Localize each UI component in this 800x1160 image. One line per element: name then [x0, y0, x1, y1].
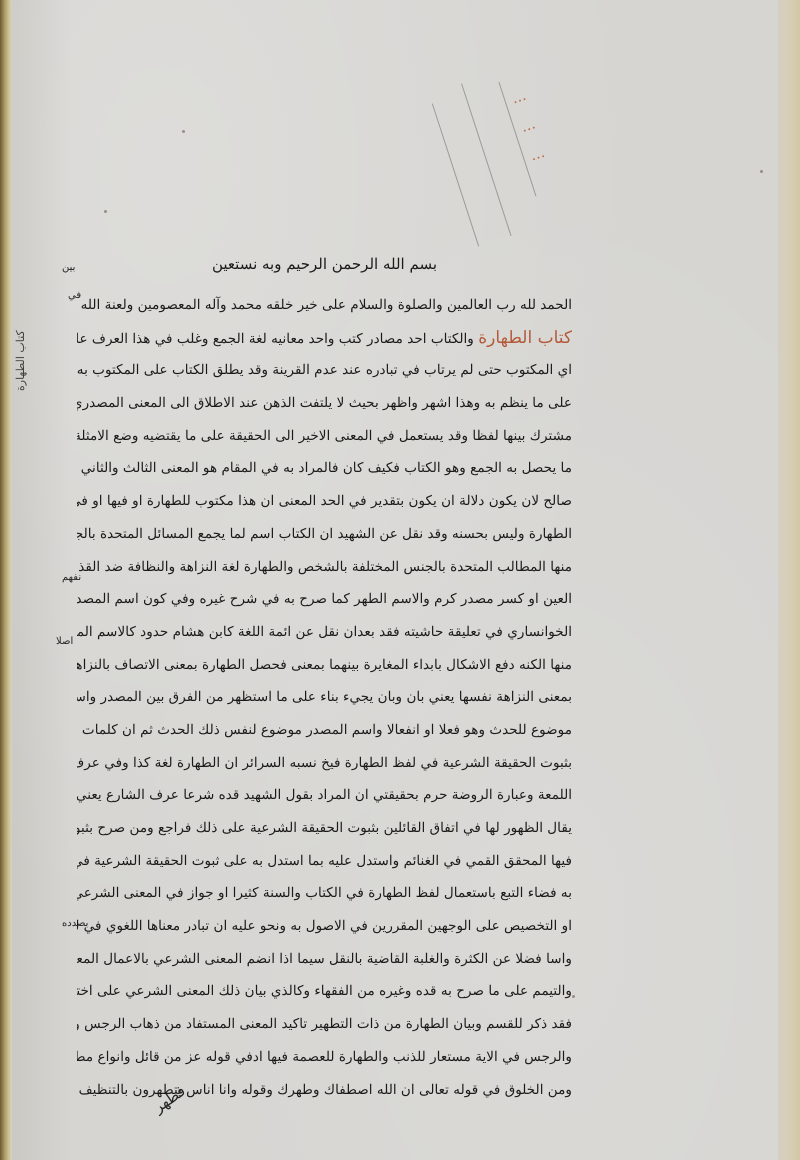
- interlinear-gloss: نفهم: [62, 572, 81, 583]
- text-line: اي المكتوب حتى لم يرتاب في تبادره عند عد…: [77, 354, 572, 387]
- text-line: الخوانساري في تعليقة حاشيته فقد بعدان نق…: [77, 616, 572, 649]
- text-line: والتيمم على ما صرح به قده وغيره من الفقه…: [77, 975, 572, 1008]
- text-line: يقال الظهور لها في اتفاق القائلين بثبوت …: [77, 812, 572, 845]
- binding-edge-left: [0, 0, 12, 1160]
- text-line: منها الكنه دفع الاشكال بابداء المغايرة ب…: [77, 649, 572, 682]
- text-line: موضوع للحدث وهو فعلا او انفعالا واسم الم…: [77, 714, 572, 747]
- main-text-block: بسم الله الرحمن الرحيم وبه نستعين الحمد …: [77, 255, 572, 1106]
- interlinear-gloss: بين: [62, 262, 75, 273]
- text-line: والكتاب احد مصادر كتب واحد معانيه لغة ال…: [77, 331, 474, 347]
- text-line: منها المطالب المتحدة بالجنس المختلفة بال…: [77, 551, 572, 584]
- text-line: او التخصيص على الوجهين المقررين في الاصو…: [77, 910, 572, 943]
- paper-speck: [760, 170, 763, 173]
- text-line: الحمد لله رب العالمين والصلوة والسلام عل…: [77, 289, 572, 322]
- text-line-with-rubric: كتاب الطهارة والكتاب احد مصادر كتب واحد …: [77, 322, 572, 355]
- text-line: بمعنى النزاهة نفسها يعني بان وبان يجيء ب…: [77, 681, 572, 714]
- text-line: ما يحصل به الجمع وهو الكتاب فكيف كان فال…: [77, 452, 572, 485]
- manuscript-page: ... ... ... كتاب الطهارة بسم الله الرحمن…: [12, 0, 778, 1160]
- text-line: فيها المحقق القمي في الغنائم واستدل عليه…: [77, 845, 572, 878]
- left-margin-note: كتاب الطهارة: [14, 330, 44, 400]
- text-line: اللمعة وعبارة الروضة حرم بحقيقتي ان المر…: [77, 779, 572, 812]
- basmala-heading: بسم الله الرحمن الرحيم وبه نستعين: [77, 255, 572, 277]
- text-line: واسا فضلا عن الكثرة والغلبة القاضية بالن…: [77, 943, 572, 976]
- paper-speck: [572, 995, 575, 998]
- text-line: بثبوت الحقيقة الشرعية في لفظ الطهارة فيخ…: [77, 747, 572, 780]
- text-line: به فضاء التبع باستعمال لفظ الطهارة في ال…: [77, 877, 572, 910]
- text-line: صالح لان يكون دلالة ان يكون بتقدير في ال…: [77, 485, 572, 518]
- red-ink-marginal-note: ... ... ...: [407, 80, 567, 260]
- text-line: العين او كسر مصدر كرم والاسم الطهر كما ص…: [77, 583, 572, 616]
- text-line: فقد ذكر للقسم وبيان الطهارة من ذات التطه…: [77, 1008, 572, 1041]
- text-line: مشترك بينها لفظا وقد يستعمل في المعنى ال…: [77, 420, 572, 453]
- interlinear-gloss: بصدده: [62, 918, 88, 929]
- text-line: الطهارة وليس بحسنه وقد نقل عن الشهيد ان …: [77, 518, 572, 551]
- paper-speck: [182, 130, 185, 133]
- paper-speck: [104, 210, 107, 213]
- text-line: والرجس في الاية مستعار للذنب والطهارة لل…: [77, 1041, 572, 1074]
- binding-edge-right: [778, 0, 800, 1160]
- text-line: على ما ينظم به وهذا اشهر واظهر بحيث لا ي…: [77, 387, 572, 420]
- interlinear-gloss: اصلا: [56, 636, 73, 647]
- interlinear-gloss: في: [68, 290, 81, 301]
- chapter-rubric: كتاب الطهارة: [478, 328, 572, 348]
